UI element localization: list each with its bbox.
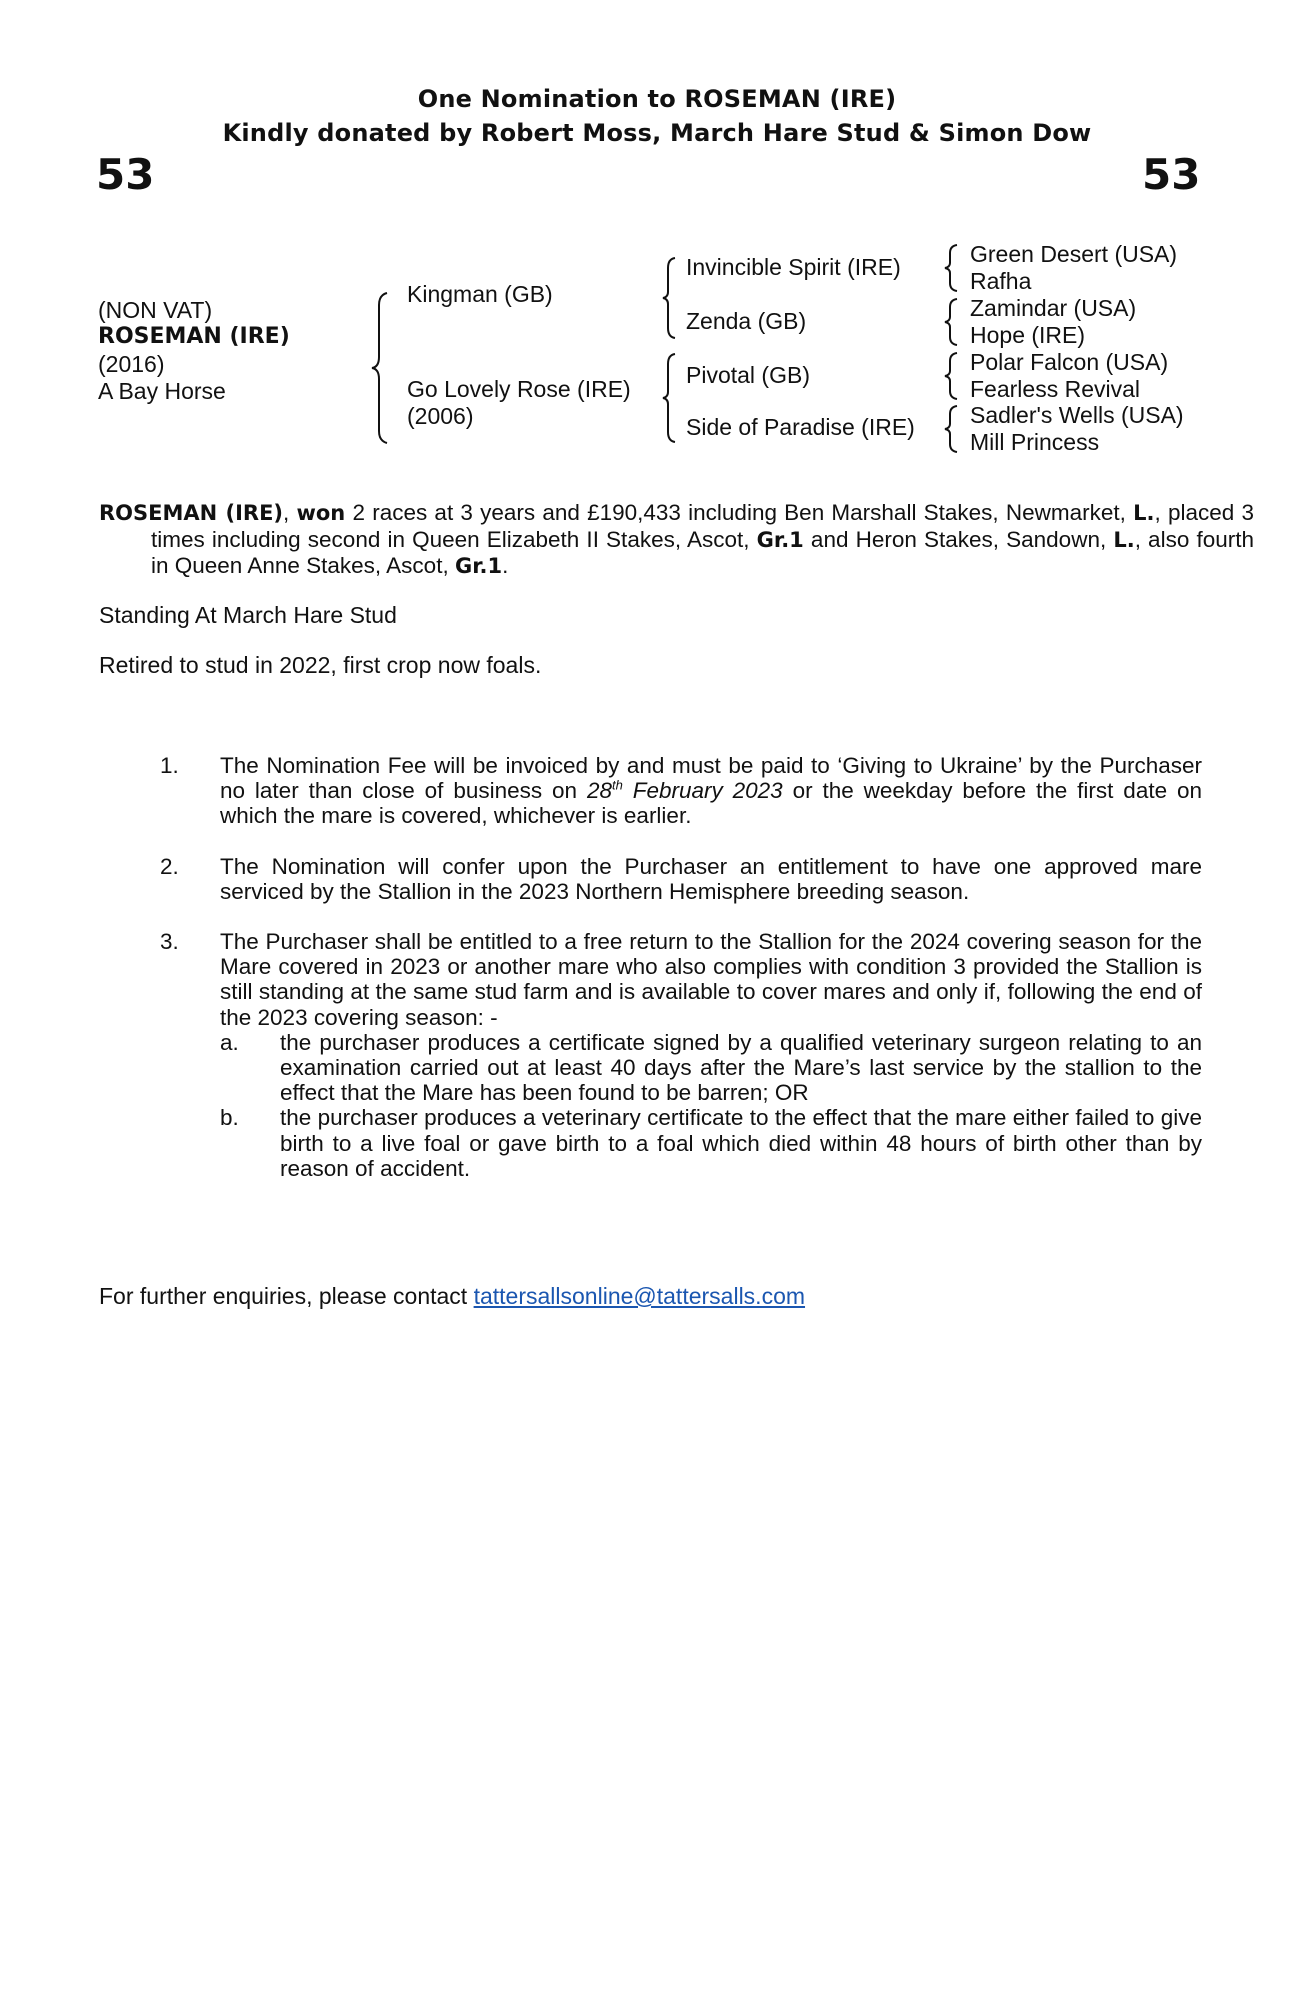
condition-text: The Purchaser shall be entitled to a fre… [220, 929, 1202, 1030]
subcondition-text: the purchaser produces a veterinary cert… [280, 1105, 1202, 1180]
subcondition-letter: a. [220, 1030, 239, 1055]
condition-number: 1. [160, 753, 179, 778]
subcondition-text: the purchaser produces a certificate sig… [280, 1030, 1202, 1105]
pedigree-gen3-1: Green Desert (USA) [970, 241, 1177, 268]
brace-icon [943, 351, 959, 401]
brace-icon [943, 404, 959, 454]
race-record-horse-name: ROSEMAN (IRE) [99, 501, 283, 525]
condition-number: 2. [160, 854, 179, 879]
pedigree-sire-dam: Zenda (GB) [686, 308, 806, 335]
condition-number: 3. [160, 929, 179, 954]
contact-text: For further enquiries, please contact [99, 1283, 474, 1309]
listed-badge: L. [1113, 528, 1134, 552]
title-line-1: One Nomination to ROSEMAN (IRE) [0, 85, 1314, 113]
condition-text: The Nomination will confer upon the Purc… [220, 854, 1202, 904]
condition-date-day: 28 [587, 778, 612, 803]
pedigree-dam-dam: Side of Paradise (IRE) [686, 414, 915, 441]
race-record: ROSEMAN (IRE), won 2 races at 3 years an… [99, 500, 1254, 580]
pedigree-gen3-2: Rafha [970, 268, 1031, 295]
brace-icon [661, 352, 677, 444]
pedigree-dam: Go Lovely Rose (IRE) [407, 376, 631, 403]
brace-icon [661, 256, 677, 340]
group1-badge: Gr.1 [455, 554, 502, 578]
condition-3a: a. the purchaser produces a certificate … [220, 1030, 1202, 1106]
race-record-end: . [502, 553, 508, 578]
lot-number-right: 53 [1142, 150, 1200, 199]
pedigree-gen3-4: Hope (IRE) [970, 322, 1085, 349]
horse-name: ROSEMAN (IRE) [98, 323, 290, 350]
brace-icon [943, 297, 959, 347]
contact-line: For further enquiries, please contact ta… [99, 1283, 805, 1310]
condition-1: 1. The Nomination Fee will be invoiced b… [160, 753, 1202, 829]
condition-3: 3. The Purchaser shall be entitled to a … [160, 929, 1202, 1030]
pedigree-dam-year: (2006) [407, 403, 473, 430]
pedigree-gen3-7: Sadler's Wells (USA) [970, 402, 1184, 429]
pedigree-sire-sire: Invincible Spirit (IRE) [686, 254, 901, 281]
title-line-2: Kindly donated by Robert Moss, March Har… [0, 119, 1314, 147]
contact-email-link[interactable]: tattersallsonline@tattersalls.com [474, 1283, 805, 1309]
retired-note: Retired to stud in 2022, first crop now … [99, 652, 541, 679]
condition-2: 2. The Nomination will confer upon the P… [160, 854, 1202, 904]
conditions-list: 1. The Nomination Fee will be invoiced b… [160, 753, 1202, 1181]
condition-date-suffix: th [612, 778, 623, 793]
horse-year: (2016) [98, 351, 164, 378]
race-record-won: won [296, 501, 345, 525]
pedigree-sire: Kingman (GB) [407, 281, 553, 308]
condition-3b: b. the purchaser produces a veterinary c… [220, 1105, 1202, 1181]
race-record-text: 2 races at 3 years and £190,433 includin… [345, 500, 1133, 525]
brace-icon [943, 243, 959, 293]
pedigree-gen3-8: Mill Princess [970, 429, 1099, 456]
pedigree-gen3-3: Zamindar (USA) [970, 295, 1136, 322]
pedigree-gen3-6: Fearless Revival [970, 376, 1140, 403]
race-record-text: and Heron Stakes, Sandown, [804, 527, 1114, 552]
listed-badge: L. [1133, 501, 1154, 525]
pedigree-gen3-5: Polar Falcon (USA) [970, 349, 1168, 376]
horse-description: A Bay Horse [98, 378, 226, 405]
vat-status: (NON VAT) [98, 297, 212, 324]
group1-badge: Gr.1 [757, 528, 804, 552]
lot-number-left: 53 [96, 150, 154, 199]
pedigree-dam-sire: Pivotal (GB) [686, 362, 810, 389]
condition-date-rest: February 2023 [623, 778, 783, 803]
brace-icon [370, 291, 390, 445]
condition-3-subitems: a. the purchaser produces a certificate … [220, 1030, 1202, 1181]
subcondition-letter: b. [220, 1105, 239, 1130]
standing-at: Standing At March Hare Stud [99, 602, 397, 629]
